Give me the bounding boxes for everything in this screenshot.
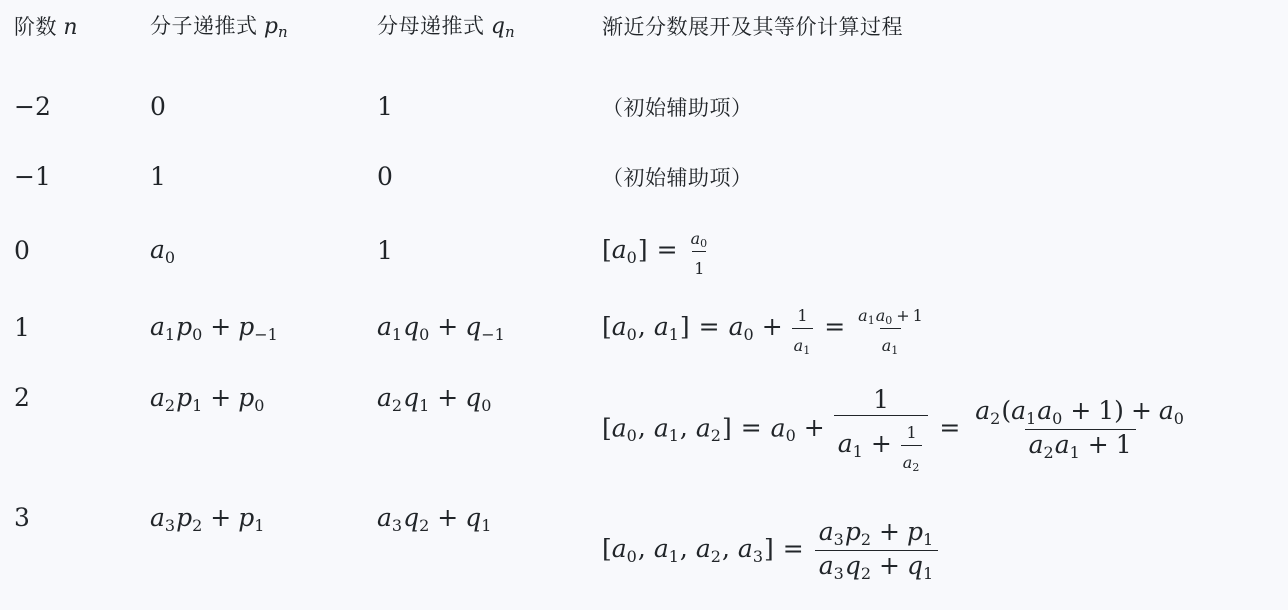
cell-order: 2 xyxy=(14,368,150,415)
math-subscript: 1 xyxy=(419,396,429,415)
math-number: 1 xyxy=(906,423,916,442)
math-subscript: 1 xyxy=(192,396,202,415)
math-subscript: 1 xyxy=(868,314,875,327)
math-delimiter: ] xyxy=(764,534,774,563)
math-number: 0 xyxy=(377,162,393,191)
math-variable: a xyxy=(819,551,834,580)
math-variable: a xyxy=(150,383,165,412)
math-operator: + xyxy=(1131,396,1152,425)
math-variable: p xyxy=(907,517,923,546)
math-subscript: 0 xyxy=(627,248,637,267)
math-number: 1 xyxy=(377,236,393,265)
math-variable: q xyxy=(465,503,481,532)
math-variable: a xyxy=(738,534,753,563)
fraction: 1a1 xyxy=(792,299,814,358)
table-row-n-0: 0 a0 1 [a0]=a01 xyxy=(0,213,1288,289)
fraction-denominator: a2a1+1 xyxy=(1025,429,1136,463)
math-variable: a xyxy=(729,312,744,341)
math-variable: a xyxy=(377,312,392,341)
math-subscript: 0 xyxy=(419,325,429,344)
math-variable: q xyxy=(907,551,923,580)
fraction: a1a0+1a1 xyxy=(856,299,925,358)
math-subscript: 0 xyxy=(481,396,491,415)
header-numerator-recurrence: 分子递推式 pn xyxy=(150,9,377,43)
cell-order: −2 xyxy=(14,91,150,124)
math-subscript: 2 xyxy=(711,426,721,445)
math-subscript: n xyxy=(278,23,288,41)
fraction-numerator: a2(a1a0+1)+a0 xyxy=(971,396,1189,429)
math-subscript: 1 xyxy=(669,547,679,566)
math-subscript: 2 xyxy=(990,409,1000,428)
math-variable: a xyxy=(654,534,669,563)
cell-denominator-recurrence: 0 xyxy=(377,161,602,194)
cell-denominator-recurrence: a3q2+q1 xyxy=(377,491,602,537)
math-variable: a xyxy=(377,503,392,532)
math-variable: a xyxy=(1037,396,1052,425)
math-subscript: 3 xyxy=(165,516,175,535)
cell-denominator-recurrence: 1 xyxy=(377,235,602,268)
math-variable: a xyxy=(876,306,886,325)
math-variable: q xyxy=(403,312,419,341)
math-variable: a xyxy=(654,312,669,341)
math-subscript: 0 xyxy=(1174,409,1184,428)
math-subscript: 2 xyxy=(861,530,871,549)
math-subscript: 3 xyxy=(392,516,402,535)
text-label: （初始辅助项） xyxy=(602,97,753,120)
cell-expansion: [a0]=a01 xyxy=(602,222,1288,281)
math-operator: + xyxy=(762,312,783,341)
text-label: 渐近分数展开及其等价计算过程 xyxy=(602,16,903,39)
math-subscript: 1 xyxy=(254,516,264,535)
math-variable: a xyxy=(794,336,804,355)
math-subscript: 2 xyxy=(419,516,429,535)
math-variable: a xyxy=(975,396,990,425)
math-number: 1 xyxy=(150,162,166,191)
math-variable: a xyxy=(771,413,786,442)
math-relation: = xyxy=(657,235,678,264)
cell-numerator-recurrence: a2p1+p0 xyxy=(150,368,377,417)
fraction-denominator: a3q2+q1 xyxy=(815,550,938,584)
table-row-n-minus-2: −2 0 1 （初始辅助项） xyxy=(0,64,1288,142)
table-row-n-minus-1: −1 1 0 （初始辅助项） xyxy=(0,142,1288,213)
cell-denominator-recurrence: a2q1+q0 xyxy=(377,368,602,417)
math-operator: + xyxy=(879,517,900,546)
math-subscript: 0 xyxy=(1052,409,1062,428)
math-delimiter: [ xyxy=(602,235,612,264)
math-subscript: 1 xyxy=(1026,409,1036,428)
math-variable: a xyxy=(612,235,627,264)
math-number: 1 xyxy=(797,306,807,325)
math-relation: = xyxy=(783,534,804,563)
math-delimiter: ] xyxy=(722,413,732,442)
math-subscript: 0 xyxy=(627,426,637,445)
math-variable: p xyxy=(238,383,254,412)
text-label: （初始辅助项） xyxy=(602,167,753,190)
fraction-numerator: a0 xyxy=(689,222,711,251)
math-variable: a xyxy=(696,413,711,442)
math-subscript: 3 xyxy=(834,564,844,583)
table-row-n-1: 1 a1p0+p−1 a1q0+q−1 [a0,a1]=a0+1a1=a1a0+… xyxy=(0,289,1288,368)
math-variable: a xyxy=(1159,396,1174,425)
math-variable: a xyxy=(377,383,392,412)
header-denominator-recurrence: 分母递推式 qn xyxy=(377,9,602,43)
math-subscript: 3 xyxy=(753,547,763,566)
math-variable: a xyxy=(150,312,165,341)
header-order: 阶数 n xyxy=(14,10,150,43)
cell-expansion: [a0,a1,a2]=a0+1a1+1a2=a2(a1a0+1)+a0a2a1+… xyxy=(602,385,1288,475)
fraction: a3p2+p1a3q2+q1 xyxy=(815,517,938,584)
math-relation: = xyxy=(699,312,720,341)
math-variable: a xyxy=(858,306,868,325)
cell-denominator-recurrence: 1 xyxy=(377,91,602,124)
math-operator: + xyxy=(437,312,458,341)
math-variable: a xyxy=(612,413,627,442)
math-number: 0 xyxy=(150,92,166,121)
math-number: 1 xyxy=(377,92,393,121)
cell-order: −1 xyxy=(14,161,150,194)
math-operator: + xyxy=(804,413,825,442)
fraction-denominator: a1 xyxy=(792,328,814,358)
cell-denominator-recurrence: a1q0+q−1 xyxy=(377,311,602,346)
math-operator: + xyxy=(1070,396,1091,425)
fraction: a01 xyxy=(689,222,711,281)
math-number: 0 xyxy=(14,236,30,265)
math-variable: a xyxy=(1055,430,1070,459)
fraction-numerator: 1 xyxy=(795,299,809,328)
math-variable: q xyxy=(403,503,419,532)
math-variable: p xyxy=(176,312,192,341)
fraction-numerator: a1a0+1 xyxy=(856,299,925,328)
math-subscript: 1 xyxy=(165,325,175,344)
math-subscript: 1 xyxy=(481,516,491,535)
math-comma: , xyxy=(680,413,688,442)
math-comma: , xyxy=(638,312,646,341)
math-variable: p xyxy=(238,312,254,341)
math-subscript: 1 xyxy=(1070,443,1080,462)
fraction: 1a2 xyxy=(901,416,923,475)
math-variable: a xyxy=(696,534,711,563)
math-variable: a xyxy=(838,429,853,458)
math-subscript: 1 xyxy=(669,426,679,445)
math-subscript: 0 xyxy=(786,426,796,445)
math-subscript: 0 xyxy=(192,325,202,344)
text-label: 分母递推式 xyxy=(377,15,491,38)
math-variable: q xyxy=(465,312,481,341)
math-number: 3 xyxy=(14,503,30,532)
text-label: 分子递推式 xyxy=(150,15,264,38)
math-number: −1 xyxy=(14,162,51,191)
cell-expansion: （初始辅助项） xyxy=(602,161,1288,194)
math-operator: + xyxy=(871,429,892,458)
cell-numerator-recurrence: a3p2+p1 xyxy=(150,491,377,537)
math-delimiter: ( xyxy=(1001,396,1011,425)
fraction-denominator: a2 xyxy=(901,445,923,475)
fraction: a2(a1a0+1)+a0a2a1+1 xyxy=(971,396,1189,463)
math-variable: a xyxy=(882,336,892,355)
math-variable: a xyxy=(150,235,165,264)
math-variable: q xyxy=(403,383,419,412)
math-subscript: 2 xyxy=(192,516,202,535)
cell-numerator-recurrence: 1 xyxy=(150,161,377,194)
convergents-table: 阶数 n 分子递推式 pn 分母递推式 qn 渐近分数展开及其等价计算过程 −2… xyxy=(0,0,1288,610)
math-operator: + xyxy=(879,551,900,580)
math-operator: + xyxy=(210,383,231,412)
math-subscript: 1 xyxy=(853,442,863,461)
math-number: 1 xyxy=(694,259,704,278)
cell-expansion: （初始辅助项） xyxy=(602,91,1288,124)
math-subscript: 0 xyxy=(254,396,264,415)
cell-expansion: [a0,a1,a2,a3]=a3p2+p1a3q2+q1 xyxy=(602,517,1288,584)
math-number: 1 xyxy=(1098,396,1114,425)
math-delimiter: [ xyxy=(602,534,612,563)
math-variable: q xyxy=(845,551,861,580)
math-number: 2 xyxy=(14,383,30,412)
math-subscript: 2 xyxy=(392,396,402,415)
math-variable: q xyxy=(465,383,481,412)
cell-numerator-recurrence: a1p0+p−1 xyxy=(150,311,377,346)
math-variable: a xyxy=(612,534,627,563)
math-delimiter: ] xyxy=(680,312,690,341)
math-variable: a xyxy=(612,312,627,341)
math-variable: a xyxy=(654,413,669,442)
fraction-numerator: 1 xyxy=(869,385,893,416)
math-variable: a xyxy=(819,517,834,546)
math-number: 1 xyxy=(913,306,923,325)
math-variable: n xyxy=(63,15,77,40)
cell-numerator-recurrence: 0 xyxy=(150,91,377,124)
math-relation: = xyxy=(939,413,960,442)
math-comma: , xyxy=(722,534,730,563)
math-variable: a xyxy=(903,453,913,472)
fraction-numerator: a3p2+p1 xyxy=(815,517,938,550)
math-operator: + xyxy=(437,503,458,532)
math-variable: p xyxy=(845,517,861,546)
math-number: 1 xyxy=(1116,430,1132,459)
math-variable: a xyxy=(1011,396,1026,425)
math-delimiter: ) xyxy=(1114,396,1124,425)
math-subscript: n xyxy=(505,23,515,41)
math-variable: p xyxy=(176,383,192,412)
math-operator: + xyxy=(437,383,458,412)
math-relation: = xyxy=(824,312,845,341)
math-comma: , xyxy=(638,534,646,563)
cell-order: 0 xyxy=(14,235,150,268)
math-operator: + xyxy=(210,503,231,532)
math-operator: + xyxy=(896,306,909,325)
math-variable: a xyxy=(1029,430,1044,459)
math-subscript: 2 xyxy=(1044,443,1054,462)
cell-order: 3 xyxy=(14,491,150,535)
math-subscript: 1 xyxy=(803,344,810,357)
math-variable: p xyxy=(264,14,278,39)
fraction: 1a1+1a2 xyxy=(834,385,929,475)
math-operator: + xyxy=(210,312,231,341)
cell-order: 1 xyxy=(14,312,150,345)
math-relation: = xyxy=(741,413,762,442)
header-expansion-process: 渐近分数展开及其等价计算过程 xyxy=(602,10,1288,43)
math-comma: , xyxy=(638,413,646,442)
fraction-numerator: 1 xyxy=(904,416,918,445)
math-subscript: 1 xyxy=(923,530,933,549)
table-header-row: 阶数 n 分子递推式 pn 分母递推式 qn 渐近分数展开及其等价计算过程 xyxy=(0,0,1288,64)
math-delimiter: [ xyxy=(602,312,612,341)
math-variable: p xyxy=(176,503,192,532)
math-number: 1 xyxy=(14,313,30,342)
math-operator: + xyxy=(1088,430,1109,459)
math-subscript: 1 xyxy=(392,325,402,344)
cell-expansion: [a0,a1]=a0+1a1=a1a0+1a1 xyxy=(602,299,1288,358)
math-variable: a xyxy=(150,503,165,532)
math-subscript: 0 xyxy=(165,248,175,267)
math-comma: , xyxy=(680,534,688,563)
math-subscript: 1 xyxy=(923,564,933,583)
math-delimiter: [ xyxy=(602,413,612,442)
fraction-denominator: a1+1a2 xyxy=(834,415,929,475)
math-subscript: 2 xyxy=(861,564,871,583)
math-subscript: 2 xyxy=(711,547,721,566)
cell-numerator-recurrence: a0 xyxy=(150,234,377,269)
math-subscript: −1 xyxy=(481,325,505,344)
math-subscript: 2 xyxy=(165,396,175,415)
math-subscript: 2 xyxy=(912,461,919,474)
math-subscript: 1 xyxy=(891,344,898,357)
math-subscript: 0 xyxy=(700,237,707,250)
math-subscript: 3 xyxy=(834,530,844,549)
math-subscript: 0 xyxy=(744,325,754,344)
math-subscript: 0 xyxy=(627,547,637,566)
table-row-n-3: 3 a3p2+p1 a3q2+q1 [a0,a1,a2,a3]=a3p2+p1a… xyxy=(0,491,1288,610)
table-row-n-2: 2 a2p1+p0 a2q1+q0 [a0,a1,a2]=a0+1a1+1a2=… xyxy=(0,368,1288,491)
math-subscript: −1 xyxy=(254,325,278,344)
math-variable: q xyxy=(491,14,505,39)
fraction-denominator: 1 xyxy=(692,251,706,281)
math-variable: p xyxy=(238,503,254,532)
math-variable: a xyxy=(691,229,701,248)
math-subscript: 1 xyxy=(669,325,679,344)
math-number: −2 xyxy=(14,92,51,121)
math-delimiter: ] xyxy=(638,235,648,264)
math-subscript: 0 xyxy=(885,314,892,327)
math-number: 1 xyxy=(873,385,889,414)
fraction-denominator: a1 xyxy=(880,328,902,358)
text-label: 阶数 xyxy=(14,16,63,39)
math-subscript: 0 xyxy=(627,325,637,344)
